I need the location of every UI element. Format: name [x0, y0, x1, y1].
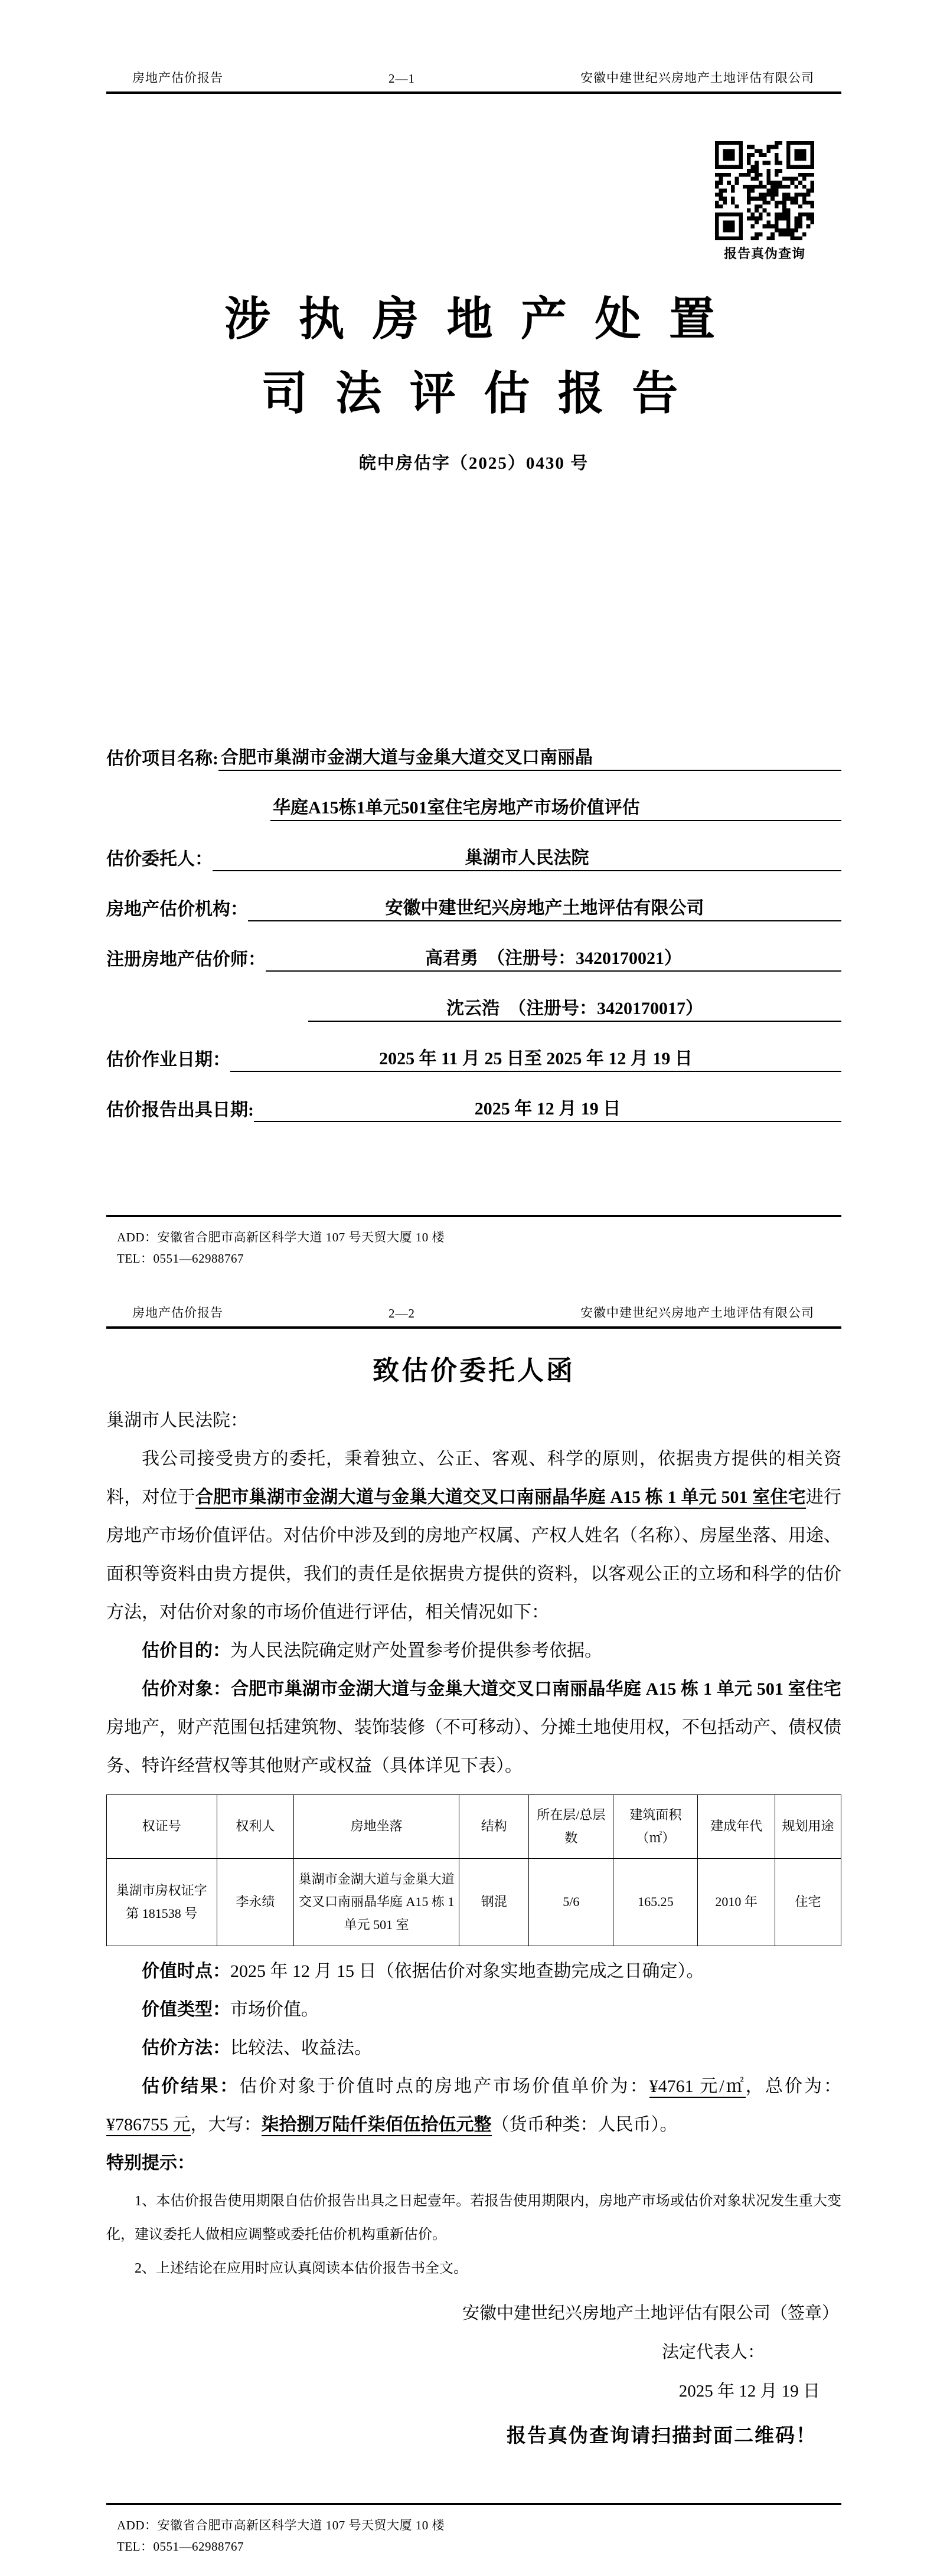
intro-subject-address: 合肥市巢湖市金湖大道与金巢大道交叉口南丽晶华庭 A15 栋 1 单元 501 室…	[195, 1488, 806, 1509]
time-point-text: 2025 年 12 月 15 日（依据估价对象实地查勘完成之日确定）。	[230, 1962, 704, 1981]
qr-code	[715, 141, 814, 240]
table-row: 巢湖市房权证字第 181538 号 李永绩 巢湖市金湖大道与金巢大道交叉口南丽晶…	[107, 1859, 841, 1946]
field-label: 注册房地产估价师：	[106, 944, 266, 972]
special-note-2: 2、上述结论在应用时应认真阅读本估价报告书全文。	[106, 2252, 841, 2286]
time-point-label: 价值时点：	[142, 1962, 230, 1981]
report-title-line2: 司 法 评 估 报 告	[106, 371, 841, 417]
cell-year-built: 2010 年	[698, 1859, 775, 1946]
col-area: 建筑面积（㎡）	[613, 1795, 698, 1859]
subject-rest: 房地产，财产范围包括建筑物、装饰装修（不可移动）、分摊土地使用权，不包括动产、债…	[106, 1718, 841, 1776]
result-amount-in-words: 柒拾捌万陆仟柒佰伍拾伍元整	[262, 2115, 492, 2136]
valuation-result: 估价结果：估价对象于价值时点的房地产市场价值单价为：¥4761 元/㎡，总价为：…	[106, 2067, 841, 2144]
cell-certificate-no: 巢湖市房权证字第 181538 号	[107, 1859, 217, 1946]
purpose-label: 估价目的：	[142, 1641, 230, 1660]
field-work-date: 估价作业日期： 2025 年 11 月 25 日至 2025 年 12 月 19…	[106, 1042, 841, 1072]
special-note-label: 特别提示：	[106, 2144, 841, 2182]
report-number: 皖中房估字（2025）0430 号	[106, 450, 841, 474]
page1-footer: ADD：安徽省合肥市高新区科学大道 107 号天贸大厦 10 楼 TEL：055…	[106, 1215, 841, 1267]
result-total-price: ¥786755 元	[106, 2115, 191, 2136]
letter-page: 房地产估价报告 2—2 安徽中建世纪兴房地产土地评估有限公司 致估价委托人函 巢…	[0, 1288, 937, 2576]
report-title-line1: 涉 执 房 地 产 处 置	[106, 296, 841, 342]
result-text-2: ，总价为：	[746, 2077, 841, 2096]
appraisal-report-document: 房地产估价报告 2—1 安徽中建世纪兴房地产土地评估有限公司 报告真伪查询 涉 …	[0, 0, 937, 2576]
col-owner: 权利人	[217, 1795, 294, 1859]
cover-fields: 估价项目名称: 合肥市巢湖市金湖大道与金巢大道交叉口南丽晶 华庭A15栋1单元5…	[106, 741, 841, 1142]
field-label: 房地产估价机构：	[106, 894, 248, 921]
subject-label: 估价对象：	[142, 1679, 231, 1699]
letter-salutation: 巢湖市人民法院：	[106, 1401, 841, 1440]
field-project-name: 估价项目名称: 合肥市巢湖市金湖大道与金巢大道交叉口南丽晶	[106, 741, 841, 771]
result-text-4: （货币种类：人民币）。	[492, 2115, 678, 2134]
value-type-text: 市场价值。	[230, 2000, 319, 2019]
result-text-1: 估价对象于价值时点的房地产市场价值单价为：	[239, 2077, 649, 2096]
field-label: 估价委托人：	[106, 844, 213, 871]
special-note-1: 1、本估价报告使用期限自估价报告出具之日起壹年。若报告使用期限内，房地产市场或估…	[106, 2185, 841, 2252]
field-value: 2025 年 12 月 19 日	[254, 1094, 841, 1122]
field-value: 2025 年 11 月 25 日至 2025 年 12 月 19 日	[230, 1044, 841, 1072]
field-value: 高君勇 （注册号：3420170021）	[266, 943, 841, 972]
special-notes: 1、本估价报告使用期限自估价报告出具之日起壹年。若报告使用期限内，房地产市场或估…	[106, 2185, 841, 2286]
value-type: 价值类型：市场价值。	[106, 1990, 841, 2029]
field-value: 巢湖市人民法院	[213, 843, 841, 871]
signature-block: 安徽中建世纪兴房地产土地评估有限公司（签章） 法定代表人： 2025 年 12 …	[106, 2286, 841, 2411]
footer-telephone: TEL：0551—62988767	[117, 1249, 841, 1267]
valuation-method: 估价方法：比较法、收益法。	[106, 2029, 841, 2067]
page2-footer: ADD：安徽省合肥市高新区科学大道 107 号天贸大厦 10 楼 TEL：055…	[106, 2503, 841, 2555]
col-floor: 所在层/总层数	[529, 1795, 613, 1859]
result-label: 估价结果：	[142, 2077, 239, 2096]
field-appraiser-1: 注册房地产估价师： 高君勇 （注册号：3420170021）	[106, 942, 841, 972]
result-text-3: ，大写：	[191, 2115, 262, 2134]
col-planned-use: 规划用途	[775, 1795, 841, 1859]
field-value: 合肥市巢湖市金湖大道与金巢大道交叉口南丽晶	[218, 743, 841, 771]
value-type-label: 价值类型：	[142, 2000, 230, 2019]
page2-running-header: 房地产估价报告 2—2 安徽中建世纪兴房地产土地评估有限公司	[106, 1303, 841, 1329]
valuation-subject: 估价对象：合肥市巢湖市金湖大道与金巢大道交叉口南丽晶华庭 A15 栋 1 单元 …	[106, 1670, 841, 1785]
signature-company: 安徽中建世纪兴房地产土地评估有限公司（签章）	[106, 2294, 841, 2333]
method-label: 估价方法：	[142, 2038, 230, 2058]
cell-planned-use: 住宅	[775, 1859, 841, 1946]
col-location: 房地坐落	[294, 1795, 459, 1859]
field-value: 华庭A15栋1单元501室住宅房地产市场价值评估	[270, 793, 841, 821]
col-structure: 结构	[459, 1795, 529, 1859]
col-year-built: 建成年代	[698, 1795, 775, 1859]
field-appraiser-2: 沈云浩 （注册号：3420170017）	[106, 992, 841, 1022]
running-header-doc-type: 房地产估价报告	[132, 68, 223, 86]
qr-caption: 报告真伪查询	[715, 244, 814, 262]
field-label: 估价报告出具日期:	[106, 1095, 254, 1122]
running-header-doc-type: 房地产估价报告	[132, 1303, 223, 1321]
table-header-row: 权证号 权利人 房地坐落 结构 所在层/总层数 建筑面积（㎡） 建成年代 规划用…	[107, 1795, 841, 1859]
cell-area: 165.25	[613, 1859, 698, 1946]
field-project-name-cont: 华庭A15栋1单元501室住宅房地产市场价值评估	[106, 791, 841, 821]
cell-owner: 李永绩	[217, 1859, 294, 1946]
footer-address: ADD：安徽省合肥市高新区科学大道 107 号天贸大厦 10 楼	[117, 2516, 841, 2533]
qr-block: 报告真伪查询	[715, 141, 814, 262]
field-client: 估价委托人： 巢湖市人民法院	[106, 841, 841, 871]
scan-qr-note: 报告真伪查询请扫描封面二维码！	[106, 2420, 841, 2448]
signature-legal-rep: 法定代表人：	[106, 2333, 841, 2372]
value-time-point: 价值时点：2025 年 12 月 15 日（依据估价对象实地查勘完成之日确定）。	[106, 1952, 841, 1990]
purpose-text: 为人民法院确定财产处置参考价提供参考依据。	[230, 1641, 602, 1660]
valuation-purpose: 估价目的：为人民法院确定财产处置参考价提供参考依据。	[106, 1632, 841, 1670]
col-certificate-no: 权证号	[107, 1795, 217, 1859]
method-text: 比较法、收益法。	[230, 2038, 372, 2058]
field-issue-date: 估价报告出具日期: 2025 年 12 月 19 日	[106, 1092, 841, 1122]
field-label: 估价作业日期：	[106, 1045, 230, 1072]
running-header-company: 安徽中建世纪兴房地产土地评估有限公司	[580, 1303, 814, 1321]
field-label: 估价项目名称:	[106, 744, 218, 771]
cell-location: 巢湖市金湖大道与金巢大道交叉口南丽晶华庭 A15 栋 1 单元 501 室	[294, 1859, 459, 1946]
footer-address: ADD：安徽省合肥市高新区科学大道 107 号天贸大厦 10 楼	[117, 1228, 841, 1245]
field-agency: 房地产估价机构： 安徽中建世纪兴房地产土地评估有限公司	[106, 891, 841, 921]
signature-date: 2025 年 12 月 19 日	[106, 2372, 841, 2411]
result-unit-price: ¥4761 元/㎡	[649, 2077, 746, 2098]
letter-paragraph-intro: 我公司接受贵方的委托，秉着独立、公正、客观、科学的原则，依据贵方提供的相关资料，…	[106, 1440, 841, 1632]
subject-property-table: 权证号 权利人 房地坐落 结构 所在层/总层数 建筑面积（㎡） 建成年代 规划用…	[106, 1794, 841, 1946]
footer-telephone: TEL：0551—62988767	[117, 2537, 841, 2555]
subject-address: 合肥市巢湖市金湖大道与金巢大道交叉口南丽晶华庭 A15 栋 1 单元 501 室…	[231, 1679, 841, 1699]
running-header-company: 安徽中建世纪兴房地产土地评估有限公司	[580, 68, 814, 86]
field-value: 安徽中建世纪兴房地产土地评估有限公司	[248, 893, 841, 921]
cover-page: 房地产估价报告 2—1 安徽中建世纪兴房地产土地评估有限公司 报告真伪查询 涉 …	[0, 0, 937, 1288]
running-header-page-number: 2—1	[388, 71, 415, 86]
page1-running-header: 房地产估价报告 2—1 安徽中建世纪兴房地产土地评估有限公司	[106, 68, 841, 94]
field-value: 沈云浩 （注册号：3420170017）	[308, 993, 841, 1022]
cell-structure: 钢混	[459, 1859, 529, 1946]
letter-title: 致估价委托人函	[106, 1349, 841, 1387]
cell-floor: 5/6	[529, 1859, 613, 1946]
running-header-page-number: 2—2	[388, 1306, 415, 1321]
